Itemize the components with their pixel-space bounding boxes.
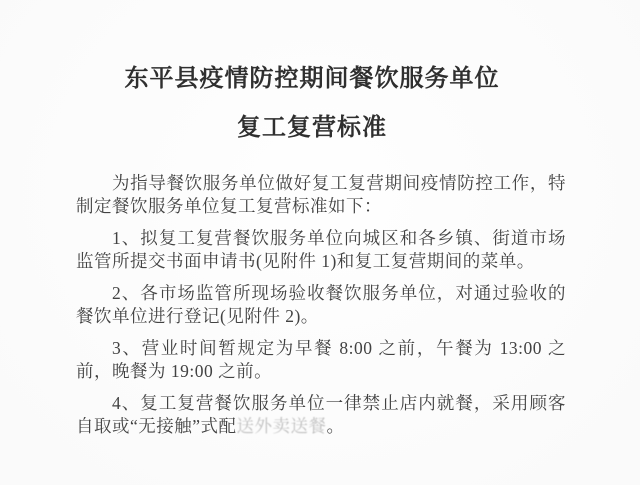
- intro-paragraph: 为指导餐饮服务单位做好复工复营期间疫情防控工作，特制定餐饮服务单位复工复营标准如…: [76, 172, 566, 218]
- item-4-faded-text: 送外卖送餐: [237, 416, 327, 436]
- document-title-line1: 东平县疫情防控期间餐饮服务单位: [0, 58, 624, 93]
- item-4-paragraph: 4、复工复营餐饮服务单位一律禁止店内就餐，采用顾客自取或“无接触”式配送外卖送餐…: [76, 392, 566, 438]
- item-4-period: 。: [327, 416, 345, 436]
- item-1-paragraph: 1、拟复工复营餐饮服务单位向城区和各乡镇、街道市场监管所提交书面申请书(见附件 …: [76, 227, 566, 273]
- item-3-paragraph: 3、营业时间暂规定为早餐 8:00 之前，午餐为 13:00 之前，晚餐为 19…: [76, 337, 566, 383]
- document-page: 东平县疫情防控期间餐饮服务单位 复工复营标准 为指导餐饮服务单位做好复工复营期间…: [0, 0, 640, 485]
- item-2-paragraph: 2、各市场监管所现场验收餐饮服务单位，对通过验收的餐饮单位进行登记(见附件 2)…: [76, 282, 566, 328]
- document-title-line2: 复工复营标准: [0, 107, 624, 142]
- document-body: 为指导餐饮服务单位做好复工复营期间疫情防控工作，特制定餐饮服务单位复工复营标准如…: [76, 172, 566, 447]
